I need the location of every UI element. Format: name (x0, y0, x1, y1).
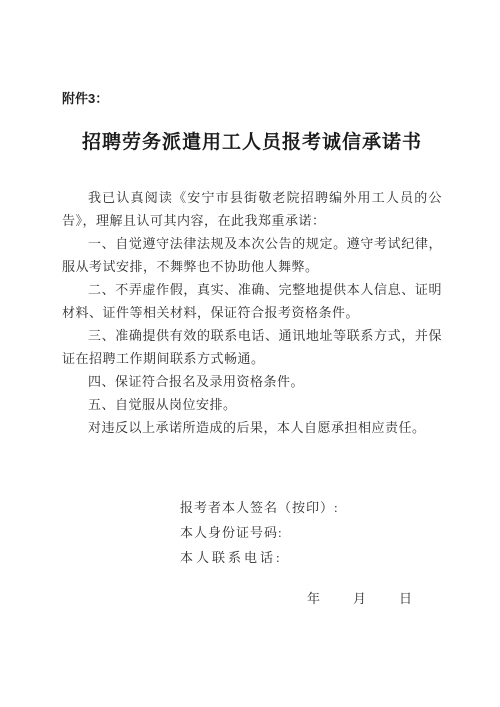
document-body: 我已认真阅读《安宁市县街敬老院招聘编外用工人员的公告》，理解且认可其内容，在此我… (62, 186, 442, 439)
attachment-label: 附件3： (62, 90, 442, 108)
body-paragraph-item-3: 三、准确提供有效的联系电话、通讯地址等联系方式，并保证在招聘工作期间联系方式畅通… (62, 324, 442, 370)
body-paragraph-intro: 我已认真阅读《安宁市县街敬老院招聘编外用工人员的公告》，理解且认可其内容，在此我… (62, 186, 442, 232)
date-month-label: 月 (353, 586, 366, 611)
signature-line-phone: 本人联系电话: (180, 545, 442, 570)
document-page: 附件3： 招聘劳务派遣用工人员报考诚信承诺书 我已认真阅读《安宁市县街敬老院招聘… (0, 0, 500, 707)
date-year-label: 年 (307, 586, 320, 611)
body-paragraph-item-1: 一、自觉遵守法律法规及本次公告的规定。遵守考试纪律，服从考试安排，不舞弊也不协助… (62, 232, 442, 278)
body-paragraph-item-4: 四、保证符合报名及录用资格条件。 (62, 370, 442, 393)
document-title: 招聘劳务派遣用工人员报考诚信承诺书 (62, 130, 442, 156)
signature-line-sign: 报考者本人签名（按印）: (180, 495, 442, 520)
body-paragraph-item-5: 五、自觉服从岗位安排。 (62, 393, 442, 416)
body-paragraph-item-2: 二、不弄虚作假，真实、准确、完整地提供本人信息、证明材料、证件等相关材料，保证符… (62, 278, 442, 324)
date-line: 年 月 日 (307, 586, 442, 611)
signature-line-id: 本人身份证号码: (180, 520, 442, 545)
body-paragraph-closing: 对违反以上承诺所造成的后果，本人自愿承担相应责任。 (62, 416, 442, 439)
signature-block: 报考者本人签名（按印）: 本人身份证号码: 本人联系电话: (180, 495, 442, 570)
date-day-label: 日 (399, 586, 412, 611)
